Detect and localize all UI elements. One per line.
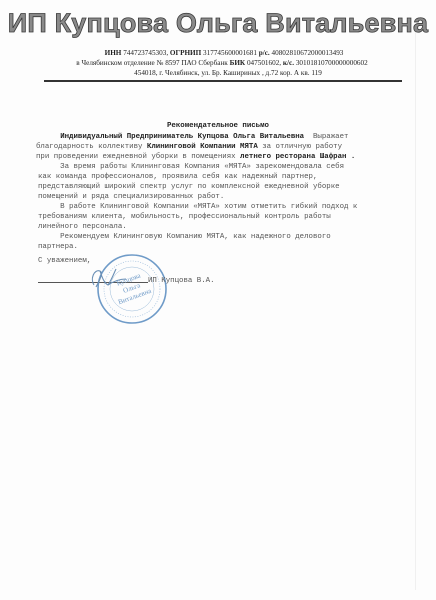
letter-paragraph-3-line-3: линейного персонала.	[38, 222, 418, 232]
letter-paragraph-4-line-1: Рекомендуем Клининговую Компанию МЯТА, к…	[38, 232, 418, 242]
text-span: при проведении ежедневной уборки в помещ…	[36, 153, 240, 161]
rs-value: 40802810672000013493	[272, 49, 344, 57]
restaurant-name: летнего ресторана Шафран	[240, 153, 346, 161]
letter-paragraph-3-line-1: В работе Клининговой Компании «МЯТА» хот…	[38, 202, 418, 212]
letter-paragraph-1-line-1: Индивидуальный Предприниматель Купцова О…	[38, 132, 418, 142]
letter-paragraph-1-line-3: при проведении ежедневной уборки в помещ…	[36, 152, 416, 162]
text-span: за отличную работу	[258, 143, 342, 151]
bik-value: 047501602,	[247, 59, 281, 67]
text-span: .	[346, 153, 355, 161]
document-page: ИП Купцова Ольга Витальевна ИНН 74472374…	[0, 0, 436, 600]
letter-heading: Рекомендательное письмо	[0, 122, 436, 130]
letterhead-title: ИП Купцова Ольга Витальевна	[0, 8, 436, 39]
rs-label: р/с.	[259, 49, 270, 57]
letter-paragraph-2-line-3: представляющий широкий спектр услуг по к…	[38, 182, 418, 192]
ogrnip-label: ОГРНИП	[170, 49, 201, 57]
letter-paragraph-2-line-2: как команда профессионалов, проявила себ…	[38, 172, 418, 182]
signature-icon	[88, 265, 128, 291]
signer-name: ИП Купцова В.А.	[148, 277, 215, 285]
company-name: Клининговой Компании МЯТА	[147, 143, 258, 151]
letter-paragraph-3-line-2: требованиям клиента, мобильность, профес…	[38, 212, 418, 222]
letter-paragraph-2-line-1: За время работы Клининговая Компания «МЯ…	[38, 162, 418, 172]
inn-label: ИНН	[105, 49, 122, 57]
bank-text: в Челябинском отделение № 8597 ПАО Сберб…	[76, 59, 228, 67]
letterhead-address: 454018, г. Челябинск, ул. Бр. Кашириных …	[10, 69, 436, 77]
ks-value: 30101810700000000602	[296, 59, 368, 67]
bik-label: БИК	[230, 59, 246, 67]
text-span: Выражает	[304, 133, 348, 141]
sender-name: Индивидуальный Предприниматель Купцова О…	[60, 133, 304, 141]
text-span: благодарность коллективу	[36, 143, 147, 151]
ogrnip-value: 317745600001681	[203, 49, 257, 57]
ks-label: к/с.	[283, 59, 294, 67]
letter-paragraph-4-line-2: партнера.	[38, 242, 418, 252]
letter-paragraph-1-line-2: благодарность коллективу Клининговой Ком…	[36, 142, 416, 152]
letter-paragraph-2-line-4: помещений и ряда специализированных рабо…	[38, 192, 418, 202]
inn-value: 744723745303,	[123, 49, 168, 57]
scan-edge	[415, 30, 416, 590]
letterhead-requisites-line1: ИНН 744723745303, ОГРНИП 317745600001681…	[6, 49, 436, 57]
letterhead-requisites-line2: в Челябинском отделение № 8597 ПАО Сберб…	[4, 59, 436, 67]
letterhead-divider	[44, 80, 402, 82]
